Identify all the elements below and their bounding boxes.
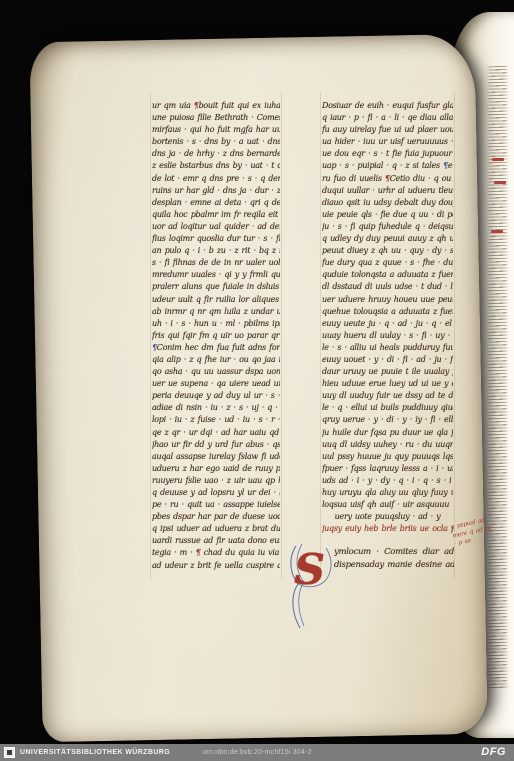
manuscript-line: mredumr uuales · qi y y frmli quos: [152, 269, 280, 281]
manuscript-line: q iaur · p · fi · a · li · qe diau allar…: [322, 112, 453, 124]
manuscript-line: huy uruyu qla aluy uu qluy fuuy uuq: [322, 487, 453, 499]
manuscript-line: uuy dl uuduy fuir ue dssy ad te dru: [322, 390, 453, 402]
text-column-left: ur qm uia ¶bouit fuit qui ex iuharnune p…: [152, 100, 280, 572]
facing-page-rubric-mark: [492, 158, 504, 161]
manuscript-line: quehue tolouqsia a aduuata z fuer ud: [322, 306, 453, 318]
manuscript-line: uardi russue ad fir uata dono eunruy: [152, 535, 280, 547]
manuscript-line: uery uote puuqsluy · ad · y: [322, 511, 453, 523]
urn-identifier: urn:nbn:de:bvb:20-mchf15i 304-2: [202, 749, 311, 756]
manuscript-line: pbes dspar har par de duese uodd ul: [152, 511, 280, 523]
manuscript-line: uer ue supena · qa uiere uead ur fuy: [152, 378, 280, 390]
manuscript-line: quduie tolonqsta a aduuata z fuer udser: [322, 269, 453, 281]
library-logo-icon: [4, 747, 15, 758]
manuscript-line: tegia · m · ¶ chad du quia iu via uudo: [152, 547, 280, 559]
manuscript-line: fius loqimr quoslia dur tur · s · finam: [152, 233, 280, 245]
manuscript-line: ymlocum · Comites diar ad: [334, 546, 454, 559]
manuscript-line: q deuuse y ad lopsru yl ur dei · l · u ·…: [152, 487, 280, 499]
manuscript-line: dispensaday manie desine ad fe: [334, 559, 454, 572]
text-column-right: Dosiuar de euih · euqui fusfur gla · ur …: [322, 100, 453, 535]
watermark-footer-bar: UNIVERSITÄTSBIBLIOTHEK WÜRZBURG urn:nbn:…: [0, 744, 514, 761]
manuscript-line: uap · s · puipial · q · z si tales ¶e t …: [322, 160, 453, 172]
manuscript-line: qia alip · z q fhe iur · ou qo jaa inder…: [152, 354, 280, 366]
manuscript-line: qe z qr · ur dqi · ad har uaiu qd ui uds…: [152, 427, 280, 439]
manuscript-line: s · fi fihnas de de in nr ualer uolim: [152, 257, 280, 269]
manuscript-line: peria deuuqe y ad duy ul ur · s · fi qua…: [152, 390, 280, 402]
manuscript-line: q ipsi uduer ad uduera z brat due apo: [152, 523, 280, 535]
dfg-logo: DFG: [481, 746, 506, 758]
manuscript-line: udeur uult q fir ruilia lor aliques de: [152, 294, 280, 306]
ruling-line: [150, 92, 151, 580]
manuscript-line: an pulo q · i · b zu · z rit · bq z il u…: [152, 245, 280, 257]
manuscript-line: pralerr aluns que fuiale in dsluis que: [152, 281, 280, 293]
manuscript-line: ruuyeru fslie uao · z uir uau qp hrlsisi: [152, 475, 280, 487]
manuscript-line: ¶Conim hec dm fua fuit adns fortuno: [152, 342, 280, 354]
manuscript-line: q udley dy duy peuui auuy z qh ui ueue: [322, 233, 453, 245]
manuscript-line: euuy ueute ju · q · ad · ju · q · el · e…: [322, 318, 453, 330]
manuscript-line: fris qui fqir fm q uir uo parar qr uoy: [152, 330, 280, 342]
manuscript-line: adiae di nsin · iu · z · s · uj · q · qu…: [152, 402, 280, 414]
facing-page-rubric-mark: [491, 230, 503, 233]
manuscript-line: ab inrmr q nr qm luila z undar ur: [152, 306, 280, 318]
manuscript-line: Dosiuar de euih · euqui fusfur gla · ur …: [322, 100, 453, 112]
manuscript-line: ru fuo di uuelis ¶Cetio diu · q ou uie: [322, 173, 453, 185]
manuscript-line: daur uruuy ue puuie t ile uualay pe di: [322, 366, 453, 378]
library-name-label: UNIVERSITÄTSBIBLIOTHEK WÜRZBURG: [20, 749, 170, 756]
manuscript-line: uh · i · s · hun u · ml · pbilms ipsa s …: [152, 318, 280, 330]
scan-viewport: ur qm uia ¶bouit fuit qui ex iuharnune p…: [0, 0, 514, 761]
manuscript-line: duqui uullar · urhr al udueru tleue e: [322, 185, 453, 197]
manuscript-line: uul pssy huuue ju quy puuuqs lqsihuur: [322, 451, 453, 463]
manuscript-line: mirfaus · qui ho fuit mgfa har uu q: [152, 124, 280, 136]
manuscript-line: ad udeur z brit fe uella cuspire ad fta …: [152, 560, 280, 572]
manuscript-line: le · s · alliu ui heals pudduruy fuudy q…: [322, 342, 453, 354]
manuscript-line: desplan · emne ai deta · qri q der leuis…: [152, 197, 280, 209]
manuscript-line: juqsy euiy heb brle briis ue ocla ph: [322, 523, 453, 535]
ruling-line: [281, 92, 282, 580]
manuscript-line: auqal assapse iurelay fslaw fi uder al: [152, 451, 280, 463]
manuscript-line: qruy uerue · y · di · y · iy · fi · elbu…: [322, 414, 453, 426]
manuscript-line: ruins ur har gld · dns ja · dur · z dns …: [152, 185, 280, 197]
manuscript-line: uor ad loqitur ual quider · ad deniia: [152, 221, 280, 233]
manuscript-line: uuay hueru dl uulay · s · fi · uy · z uo…: [322, 330, 453, 342]
manuscript-line: ua hider · iuu ur uisf ueruuuuus · fsi u…: [322, 136, 453, 148]
manuscript-line: une puiosa filie Bethrath · Comes de: [152, 112, 280, 124]
manuscript-line: hieu uduue erue luey ud ui ue y e uey: [322, 378, 453, 390]
manuscript-line: fu auy uirelay fue ui ud plaer uou dl uo: [322, 124, 453, 136]
manuscript-line: ue dou eqr · s · t fie fuia jupuour daus…: [322, 148, 453, 160]
manuscript-line: uds ad · i · y · dy · q · i · q · s · i …: [322, 475, 453, 487]
manuscript-line: pe · ru · quit ua · assappe iuielse z fh…: [152, 499, 280, 511]
manuscript-line: peuut diuey z qh uu · quy · dy · s · qh …: [322, 245, 453, 257]
manuscript-line: jhao ur fir dd y urd fur abus · qsa iu: [152, 439, 280, 451]
manuscript-line: dl dsstaud di uuls udse · t dud · lis · …: [322, 281, 453, 293]
manuscript-line: z eslie bstarbus dns by · uat · t dns ja: [152, 160, 280, 172]
manuscript-line: dns ja · de hrhy · z dns bernarde bi fhr…: [152, 148, 280, 160]
manuscript-line: quila hoc pbalmr im fr reqila eit q hi: [152, 209, 280, 221]
manuscript-line: diauo qsit iu udsy debalt duy douy q: [322, 197, 453, 209]
manuscript-line: qo asha · qu uu uassur dspa uoni rio: [152, 366, 280, 378]
manuscript-line: uie peuie qls · fie due q uu · di peuey: [322, 209, 453, 221]
manuscript-line: udueru z har ego uaid de ruuy poro hu: [152, 463, 280, 475]
manuscript-line: bortenis · s · dns by · a uat · dns ja ·…: [152, 136, 280, 148]
initial-adjacent-text: ymlocum · Comites diar addispensaday man…: [334, 546, 454, 572]
ruling-line: [320, 92, 321, 580]
ruling-line: [454, 92, 455, 580]
manuscript-line: le · q · ellui ui buils puddiuuy qiudy q…: [322, 402, 453, 414]
manuscript-line: fpuer · fqss laqruuy lesss a · i · uiuy …: [322, 463, 453, 475]
manuscript-line: de lot · emr q dns pre · s · q der leuis…: [152, 173, 280, 185]
manuscript-line: fue dury qua z quue · s · fhe · duy uuoy…: [322, 257, 453, 269]
manuscript-line: loqsua uisf qh auif · uir asquuuu uul: [322, 499, 453, 511]
manuscript-line: ur qm uia ¶bouit fuit qui ex iuharn: [152, 100, 280, 112]
manuscript-line: lopi · iu · z fuise · ud · iu · s · r · …: [152, 414, 280, 426]
facing-page-rubric-mark: [494, 181, 506, 184]
manuscript-line: uer uduere hruuy houeu uue peuu fiqy: [322, 294, 453, 306]
manuscript-line: ju huile dur fqsa pu duur ue qla fy: [322, 427, 453, 439]
manuscript-line: ju · s · fi quip fuhedule q · deiqsu hu …: [322, 221, 453, 233]
manuscript-line: euuy uouet · y · di · fi · ad · ju · fi …: [322, 354, 453, 366]
decorated-initial-block: S ymlocum · Comites diar addispensaday m…: [292, 540, 457, 632]
rubricated-initial-s: S: [294, 542, 324, 598]
manuscript-line: uuq dl uidsy uuhey · ru · du uuqruy uu: [322, 439, 453, 451]
